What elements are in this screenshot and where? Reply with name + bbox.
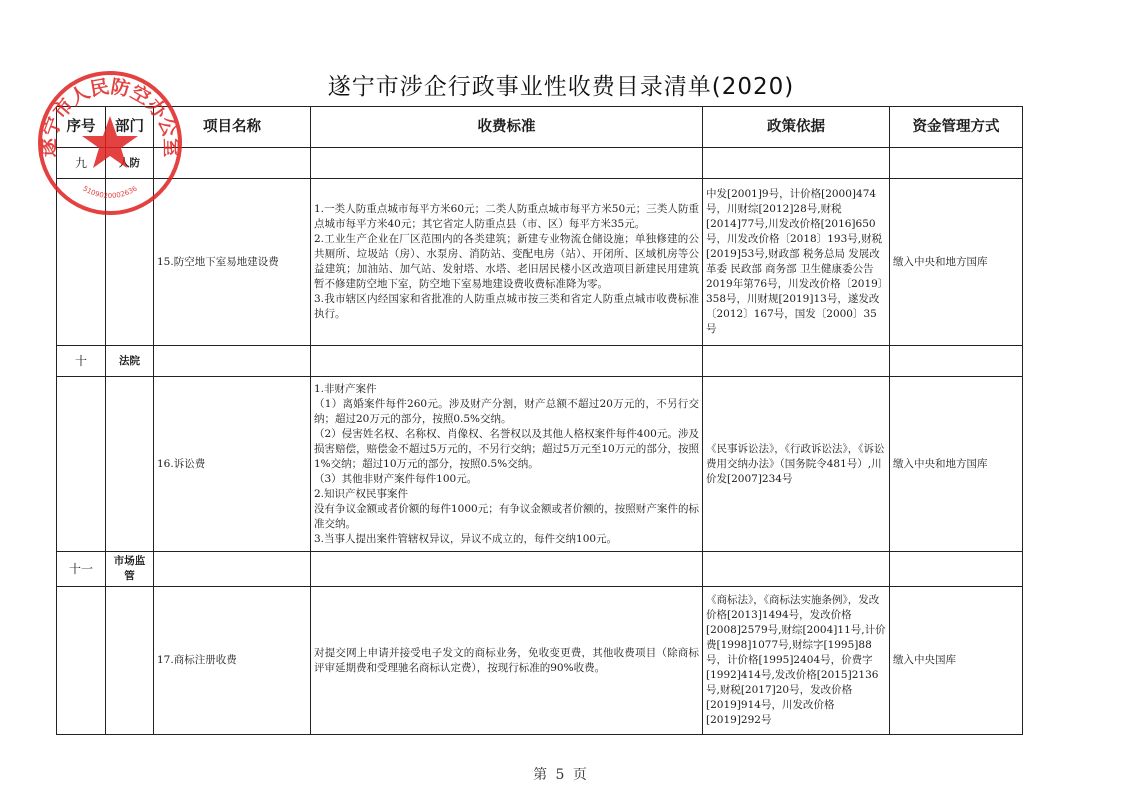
item-fund: 缴入中央和地方国库 bbox=[890, 179, 1023, 346]
category-no: 十一 bbox=[57, 552, 106, 587]
item-fund: 缴入中央国库 bbox=[890, 587, 1023, 735]
table-row: 15.防空地下室易地建设费 1.一类人防重点城市每平方米60元；二类人防重点城市… bbox=[57, 179, 1023, 346]
item-standard: 对提交网上申请并接受电子发文的商标业务，免收变更费，其他收费项目（除商标评审延期… bbox=[311, 587, 703, 735]
category-dept: 人防 bbox=[106, 148, 154, 179]
item-name: 16.诉讼费 bbox=[154, 377, 311, 552]
standard-line: 1.一类人防重点城市每平方米60元；二类人防重点城市每平方米50元；三类人防重点… bbox=[314, 202, 699, 232]
standard-line: 2.工业生产企业在厂区范围内的各类建筑；新建专业物流仓储设施；单独修建的公共厕所… bbox=[314, 232, 699, 292]
category-no: 九 bbox=[57, 148, 106, 179]
standard-line: （3）其他非财产案件每件100元。 bbox=[314, 472, 699, 487]
standard-line: （1）离婚案件每件260元。涉及财产分割，财产总额不超过20万元的，不另行交纳；… bbox=[314, 397, 699, 427]
item-standard: 1.一类人防重点城市每平方米60元；二类人防重点城市每平方米50元；三类人防重点… bbox=[311, 179, 703, 346]
item-name: 17.商标注册收费 bbox=[154, 587, 311, 735]
table-row: 17.商标注册收费 对提交网上申请并接受电子发文的商标业务，免收变更费，其他收费… bbox=[57, 587, 1023, 735]
header-no: 序号 bbox=[57, 107, 106, 148]
page-number: 第 5 页 bbox=[0, 764, 1122, 784]
category-no: 十 bbox=[57, 346, 106, 377]
standard-line: 3.我市辖区内经国家和省批准的人防重点城市按三类和省定人防重点城市收费标准执行。 bbox=[314, 292, 699, 322]
standard-line: 2.知识产权民事案件 bbox=[314, 487, 699, 502]
item-policy: 中发[2001]9号，计价格[2000]474号，川财综[2012]28号,财税… bbox=[703, 179, 890, 346]
item-name: 15.防空地下室易地建设费 bbox=[154, 179, 311, 346]
item-standard: 1.非财产案件 （1）离婚案件每件260元。涉及财产分割，财产总额不超过20万元… bbox=[311, 377, 703, 552]
header-dept: 部门 bbox=[106, 107, 154, 148]
item-policy: 《民事诉讼法》，《行政诉讼法》，《诉讼费用交纳办法》（国务院令481号）,川价发… bbox=[703, 377, 890, 552]
fee-catalog-table: 序号 部门 项目名称 收费标准 政策依据 资金管理方式 九 人防 15.防空地下… bbox=[56, 106, 1023, 735]
standard-line: 3.当事人提出案件管辖权异议，异议不成立的，每件交纳100元。 bbox=[314, 532, 699, 547]
header-policy: 政策依据 bbox=[703, 107, 890, 148]
category-dept: 市场监管 bbox=[106, 552, 154, 587]
standard-line: 1.非财产案件 bbox=[314, 382, 699, 397]
table-header-row: 序号 部门 项目名称 收费标准 政策依据 资金管理方式 bbox=[57, 107, 1023, 148]
standard-line: （2）侵害姓名权、名称权、肖像权、名誉权以及其他人格权案件每件400元。涉及损害… bbox=[314, 427, 699, 472]
category-row-market-regulation: 十一 市场监管 bbox=[57, 552, 1023, 587]
item-fund: 缴入中央和地方国库 bbox=[890, 377, 1023, 552]
standard-line: 对提交网上申请并接受电子发文的商标业务，免收变更费，其他收费项目（除商标评审延期… bbox=[314, 646, 699, 676]
document-title: 遂宁市涉企行政事业性收费目录清单(2020) bbox=[0, 68, 1122, 101]
standard-line: 没有争议金额或者价额的每件1000元；有争议金额或者价额的，按照财产案件的标准交… bbox=[314, 502, 699, 532]
category-row-court: 十 法院 bbox=[57, 346, 1023, 377]
category-dept: 法院 bbox=[106, 346, 154, 377]
category-row-civil-defense: 九 人防 bbox=[57, 148, 1023, 179]
item-policy: 《商标法》，《商标法实施条例》，发改价格[2013]1494号，发改价格[200… bbox=[703, 587, 890, 735]
header-name: 项目名称 bbox=[154, 107, 311, 148]
header-standard: 收费标准 bbox=[311, 107, 703, 148]
header-fund: 资金管理方式 bbox=[890, 107, 1023, 148]
table-row: 16.诉讼费 1.非财产案件 （1）离婚案件每件260元。涉及财产分割，财产总额… bbox=[57, 377, 1023, 552]
